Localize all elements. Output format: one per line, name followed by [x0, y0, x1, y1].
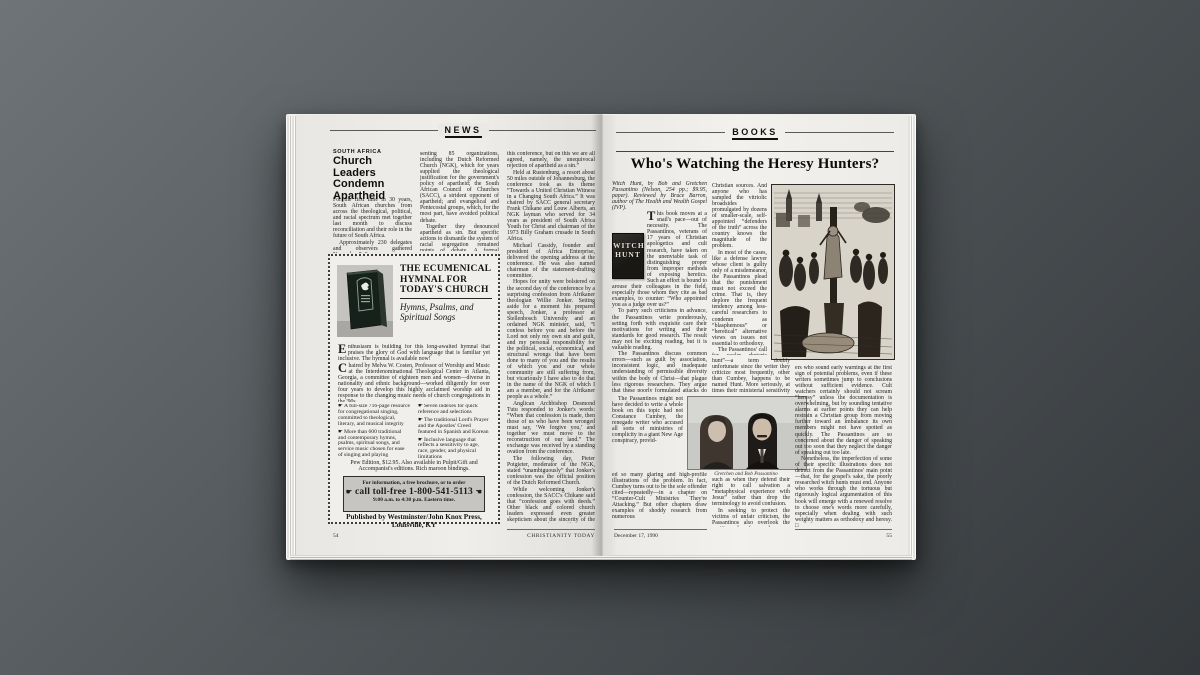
- ad-publisher-line: Published by Westminster/John Knox Press…: [330, 513, 498, 529]
- footer-rule: [795, 529, 892, 530]
- article-headline: Church Leaders Condemn Apartheid: [333, 156, 415, 202]
- news-section-header: NEWS: [330, 123, 596, 139]
- paragraph: The Passantinos discuss common errors—su…: [612, 351, 707, 392]
- title-rule: [616, 151, 894, 152]
- news-column-3: this conference, but on this we are all …: [507, 151, 595, 523]
- paragraph: Held at Rustenburg, a resort about 50 mi…: [507, 170, 595, 243]
- paragraph: ers who sound early warnings at the firs…: [795, 365, 892, 456]
- right-page-number: 55: [886, 533, 892, 539]
- hymnal-advertisement: THE ECUMENICAL HYMNAL FOR TODAY'S CHURCH…: [328, 254, 500, 524]
- list-item: ☛Inclusive language that reflects a sens…: [418, 438, 490, 458]
- review-column-1-end: ed so many glaring and high-profile illu…: [612, 472, 707, 527]
- book-citation: Witch Hunt, by Bob and Gretchen Passanti…: [612, 181, 707, 211]
- review-column-2-middle: hunt”—a term doubly unfortunate since th…: [712, 358, 790, 394]
- paragraph: To parry such criticisms in advance, the…: [612, 308, 707, 350]
- ad-title: THE ECUMENICAL HYMNAL FOR TODAY'S CHURCH: [400, 264, 492, 296]
- paragraph: In most of the cases, like a defense law…: [712, 250, 767, 347]
- pointing-hand-icon: ☚: [476, 488, 482, 496]
- paragraph: Together they denounced apartheid as sin…: [420, 224, 499, 251]
- left-page: NEWS SOUTH AFRICA Church Leaders Condemn…: [296, 115, 602, 555]
- photo-backdrop: NEWS SOUTH AFRICA Church Leaders Condemn…: [0, 0, 1200, 675]
- list-item: ☛A full-size 716-page resource for congr…: [338, 404, 410, 428]
- ad-bullet-list-right: ☛Seven indexes for quick reference and s…: [418, 404, 490, 458]
- paragraph: such as when they defend their right to …: [712, 477, 790, 507]
- paragraph: Christian sources. And anyone who has sa…: [712, 183, 767, 250]
- page-stack-right-edge: [908, 116, 916, 558]
- review-column-3: ers who sound early warnings at the firs…: [795, 365, 892, 527]
- witch-hunt-book-cover: WITCH HUNT: [612, 233, 644, 279]
- paragraph: Enthusiasm is building for this long-awa…: [338, 344, 490, 362]
- passantinos-photo: [687, 396, 807, 470]
- magazine-name: CHRISTIANITY TODAY: [527, 533, 595, 539]
- phone-box-line2: ☛ call toll-free 1-800-541-5113 ☚: [344, 487, 484, 497]
- right-page: BOOKS Who's Watching the Heresy Hunters?: [602, 115, 908, 555]
- ad-phone-box: For information, a free brochure, or to …: [343, 476, 485, 512]
- ad-subtitle: Hymns, Psalms, and Spiritual Songs: [400, 302, 492, 322]
- footer-rule: [614, 529, 707, 530]
- footer-rule: [507, 529, 595, 530]
- paragraph: senting 85 organizations, including the …: [420, 151, 499, 224]
- paragraph: Hopes for unity were bolstered on the se…: [507, 279, 595, 400]
- books-section-header: BOOKS: [616, 125, 894, 141]
- review-column-1-beside-photo: The Passantinos might not have decided t…: [612, 396, 683, 468]
- ad-title-rule: [400, 298, 492, 299]
- paragraph: The Passantinos might not have decided t…: [612, 396, 683, 444]
- review-column-1: Witch Hunt, by Bob and Gretchen Passanti…: [612, 181, 707, 392]
- phone-box-line1: For information, a free brochure, or to …: [344, 479, 484, 487]
- paragraph: Approximately 230 delegates and observer…: [333, 240, 412, 253]
- paragraph: In seeking to protect the victims of unf…: [712, 508, 790, 527]
- news-column-1: For the first time in 30 years, South Af…: [333, 197, 412, 253]
- hymnal-cover-illustration: [337, 265, 393, 337]
- paragraph: ed so many glaring and high-profile illu…: [612, 472, 707, 520]
- paragraph: The following day, Pieter Potgieter, mod…: [507, 456, 595, 486]
- review-title: Who's Watching the Heresy Hunters?: [602, 156, 908, 173]
- list-item: ☛Seven indexes for quick reference and s…: [418, 404, 490, 416]
- phone-box-line3: 9:00 a.m. to 4:30 p.m. Eastern time.: [344, 497, 484, 504]
- paragraph: While welcoming Jonker's confession, the…: [507, 487, 595, 523]
- news-column-2: senting 85 organizations, including the …: [420, 151, 499, 251]
- paragraph: Nonetheless, the imperfection of some of…: [795, 456, 892, 527]
- list-item: ☛More than 600 traditional and contempor…: [338, 430, 410, 458]
- hymnal-book-photo: [337, 265, 393, 337]
- paragraph: hunt”—a term doubly unfortunate since th…: [712, 358, 790, 394]
- section-label-books: BOOKS: [725, 125, 785, 139]
- paragraph: The Passantinos' call for cooler rhetori…: [712, 347, 767, 355]
- pointing-hand-icon: ☛: [346, 488, 352, 496]
- paragraph: this conference, but on this we are all …: [507, 151, 595, 169]
- ad-intro: Enthusiasm is building for this long-awa…: [338, 344, 490, 402]
- review-column-2-bottom: such as when they defend their right to …: [712, 477, 790, 527]
- paragraph: Chaired by Melva W. Costen, Professor of…: [338, 363, 490, 402]
- paragraph: For the first time in 30 years, South Af…: [333, 197, 412, 239]
- page-stack-bottom-edge: [290, 555, 912, 560]
- magazine-spread: NEWS SOUTH AFRICA Church Leaders Condemn…: [286, 114, 916, 560]
- paragraph: Michael Cassidy, founder and president o…: [507, 243, 595, 279]
- page-stack-left-edge: [286, 116, 296, 558]
- issue-date: December 17, 1990: [614, 533, 658, 539]
- paragraph: Anglican Archbishop Desmond Tutu respond…: [507, 401, 595, 455]
- left-page-number: 54: [333, 533, 339, 539]
- list-item: ☛The traditional Lord's Prayer and the A…: [418, 418, 490, 436]
- section-label-news: NEWS: [438, 123, 489, 137]
- ad-bullet-list-left: ☛A full-size 716-page resource for congr…: [338, 404, 410, 458]
- review-column-2-narrow: Christian sources. And anyone who has sa…: [712, 183, 767, 355]
- ad-edition-note: Pew Edition, $12.95. Also available in P…: [348, 460, 480, 473]
- witch-trial-engraving: [771, 184, 895, 360]
